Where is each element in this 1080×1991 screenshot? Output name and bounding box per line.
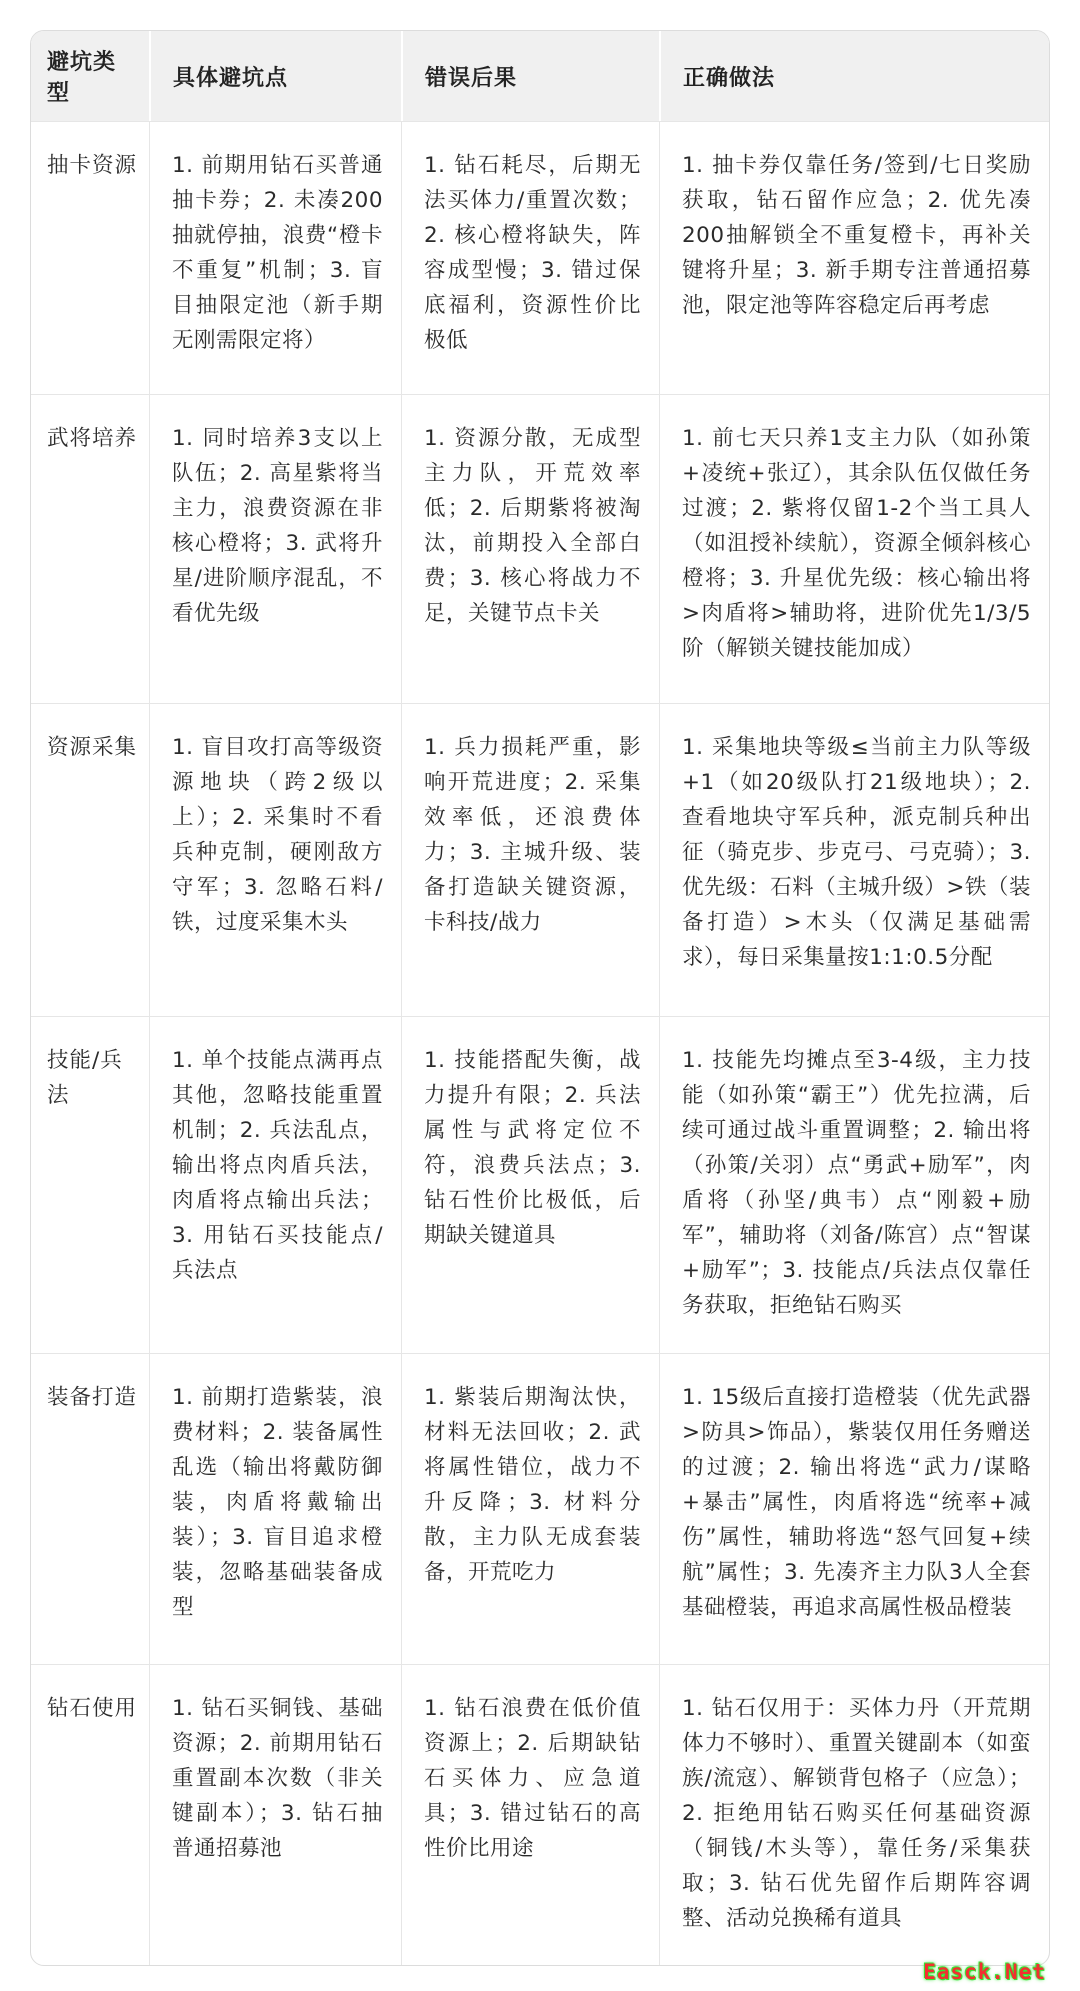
cell-type: 技能/兵法	[31, 1017, 149, 1353]
column-header-points: 具体避坑点	[149, 31, 401, 121]
cell-consequence: 1. 钻石浪费在低价值资源上；2. 后期缺钻石买体力、应急道具；3. 错过钻石的…	[401, 1665, 659, 1965]
cell-points: 1. 前期用钻石买普通抽卡券；2. 未凑200抽就停抽，浪费“橙卡不重复”机制；…	[149, 122, 401, 394]
cell-type: 装备打造	[31, 1354, 149, 1664]
cell-consequence: 1. 兵力损耗严重，影响开荒进度；2. 采集效率低，还浪费体力；3. 主城升级、…	[401, 704, 659, 1016]
site-watermark: Easck.Net	[923, 1960, 1046, 1984]
cell-points: 1. 同时培养3支以上队伍；2. 高星紫将当主力，浪费资源在非核心橙将；3. 武…	[149, 395, 401, 703]
cell-consequence: 1. 紫装后期淘汰快，材料无法回收；2. 武将属性错位，战力不升反降；3. 材料…	[401, 1354, 659, 1664]
table-row: 技能/兵法 1. 单个技能点满再点其他，忽略技能重置机制；2. 兵法乱点，输出将…	[31, 1016, 1049, 1353]
cell-type: 武将培养	[31, 395, 149, 703]
table-row: 抽卡资源 1. 前期用钻石买普通抽卡券；2. 未凑200抽就停抽，浪费“橙卡不重…	[31, 121, 1049, 394]
cell-points: 1. 盲目攻打高等级资源地块（跨2级以上）；2. 采集时不看兵种克制，硬刚敌方守…	[149, 704, 401, 1016]
cell-correct: 1. 15级后直接打造橙装（优先武器>防具>饰品），紫装仅用任务赠送的过渡；2.…	[659, 1354, 1049, 1664]
column-header-consequence: 错误后果	[401, 31, 659, 121]
cell-points: 1. 钻石买铜钱、基础资源；2. 前期用钻石重置副本次数（非关键副本）；3. 钻…	[149, 1665, 401, 1965]
table-row: 资源采集 1. 盲目攻打高等级资源地块（跨2级以上）；2. 采集时不看兵种克制，…	[31, 703, 1049, 1016]
table-row: 武将培养 1. 同时培养3支以上队伍；2. 高星紫将当主力，浪费资源在非核心橙将…	[31, 394, 1049, 703]
cell-correct: 1. 钻石仅用于：买体力丹（开荒期体力不够时）、重置关键副本（如蛮族/流寇）、解…	[659, 1665, 1049, 1965]
column-header-correct: 正确做法	[659, 31, 1049, 121]
cell-type: 资源采集	[31, 704, 149, 1016]
cell-points: 1. 前期打造紫装，浪费材料；2. 装备属性乱选（输出将戴防御装，肉盾将戴输出装…	[149, 1354, 401, 1664]
column-header-type: 避坑类型	[31, 31, 149, 121]
table-header-row: 避坑类型 具体避坑点 错误后果 正确做法	[31, 31, 1049, 121]
page: 避坑类型 具体避坑点 错误后果 正确做法 抽卡资源 1. 前期用钻石买普通抽卡券…	[0, 0, 1080, 1991]
cell-correct: 1. 技能先均摊点至3-4级，主力技能（如孙策“霸王”）优先拉满，后续可通过战斗…	[659, 1017, 1049, 1353]
cell-consequence: 1. 钻石耗尽，后期无法买体力/重置次数；2. 核心橙将缺失，阵容成型慢；3. …	[401, 122, 659, 394]
cell-correct: 1. 抽卡券仅靠任务/签到/七日奖励获取，钻石留作应急；2. 优先凑200抽解锁…	[659, 122, 1049, 394]
cell-consequence: 1. 技能搭配失衡，战力提升有限；2. 兵法属性与武将定位不符，浪费兵法点；3.…	[401, 1017, 659, 1353]
cell-correct: 1. 前七天只养1支主力队（如孙策+凌统+张辽），其余队伍仅做任务过渡；2. 紫…	[659, 395, 1049, 703]
cell-points: 1. 单个技能点满再点其他，忽略技能重置机制；2. 兵法乱点，输出将点肉盾兵法，…	[149, 1017, 401, 1353]
pitfall-table: 避坑类型 具体避坑点 错误后果 正确做法 抽卡资源 1. 前期用钻石买普通抽卡券…	[30, 30, 1050, 1966]
cell-type: 抽卡资源	[31, 122, 149, 394]
cell-correct: 1. 采集地块等级≤当前主力队等级+1（如20级队打21级地块）；2. 查看地块…	[659, 704, 1049, 1016]
table-row: 装备打造 1. 前期打造紫装，浪费材料；2. 装备属性乱选（输出将戴防御装，肉盾…	[31, 1353, 1049, 1664]
cell-consequence: 1. 资源分散，无成型主力队，开荒效率低；2. 后期紫将被淘汰，前期投入全部白费…	[401, 395, 659, 703]
cell-type: 钻石使用	[31, 1665, 149, 1965]
table-row: 钻石使用 1. 钻石买铜钱、基础资源；2. 前期用钻石重置副本次数（非关键副本）…	[31, 1664, 1049, 1965]
